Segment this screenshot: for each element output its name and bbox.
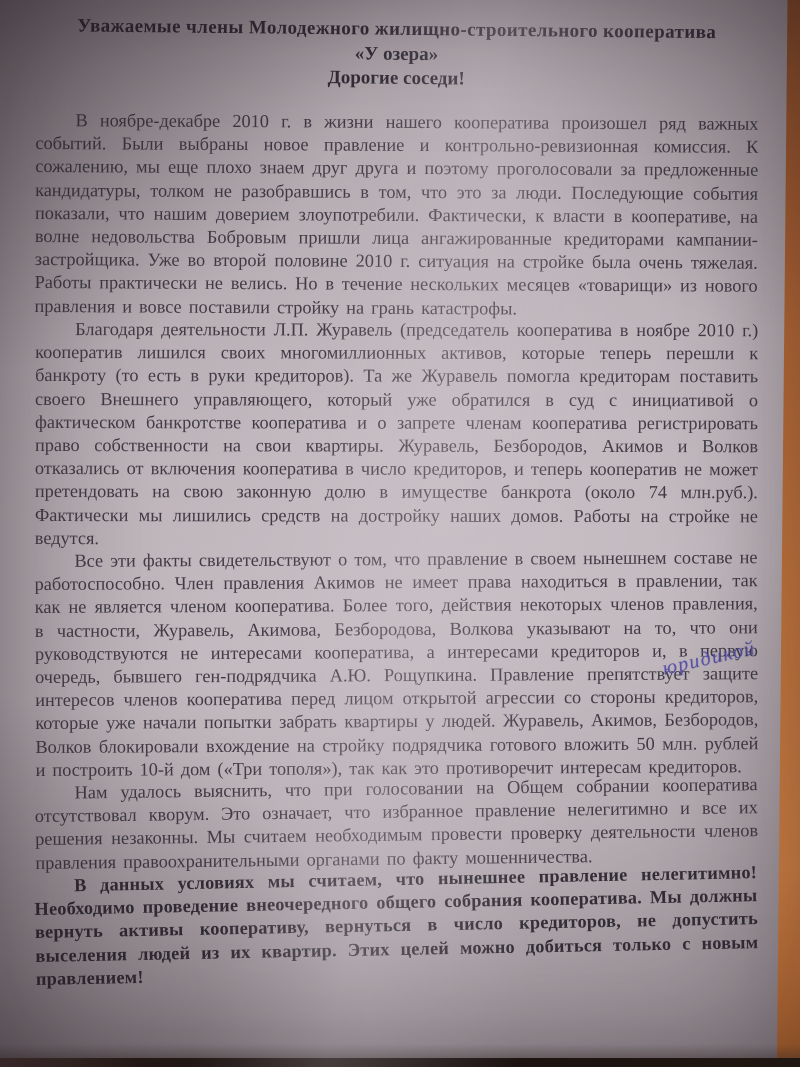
paragraph-assets-lost: Благодаря деятельности Л.П. Журавель (пр… [35,318,758,551]
letter-body: В ноябре-декабре 2010 г. в жизни нашего … [35,109,758,991]
paragraph-events: В ноябре-декабре 2010 г. в жизни нашего … [34,109,758,322]
paragraph-call-to-action: В данных условиях мы считаем, что нынешн… [34,861,759,991]
letter-heading: Уважаемые члены Молодежного жилищно-стро… [35,13,759,95]
table-surface-strip [776,0,800,1059]
paragraph-board-unfit: Все эти факты свидетельствуют о том, что… [34,546,758,782]
document-photo: Уважаемые члены Молодежного жилищно-стро… [0,0,800,1067]
letter-page: Уважаемые члены Молодежного жилищно-стро… [35,13,758,991]
paragraph-no-quorum: Нам удалось выяснить, что при голосовани… [34,773,758,875]
bottom-shadow-strip [0,1058,800,1067]
